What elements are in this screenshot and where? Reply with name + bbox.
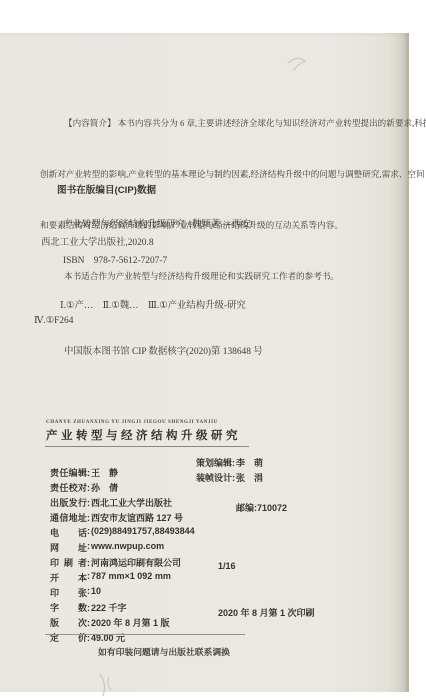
cip-title-line: 产业转型与经济结构升级研究 / 魏颖著.—西安:: [63, 216, 253, 230]
cip-heading: 图书在版编目(CIP)数据: [57, 182, 156, 196]
colophon-row: 责任校对:孙 倩 装帧设计:张 涓: [45, 471, 118, 486]
summary-line: 本书适合作为产业转型与经济结构升级理论和实践研究工作者的参考书。: [40, 268, 396, 285]
colophon-row: 印 刷 者:河南鸿运印刷有限公司: [45, 546, 181, 561]
colophon-label2: 策划编辑: [196, 458, 232, 468]
isbn-line: ISBN 978-7-5612-7207-7: [63, 252, 167, 266]
colophon-row: 开 本:787 mm×1 092 mm 1/16: [45, 561, 171, 576]
colophon-row: 通信地址:西安市友谊西路 127 号 邮编:710072: [45, 501, 183, 516]
colophon-value2: 张 涓: [236, 473, 263, 483]
cip-classification-line2: Ⅳ.①F264: [34, 315, 73, 326]
colophon-col2: 策划编辑:李 萌: [196, 456, 263, 469]
cip-registry-line: 中国版本图书馆 CIP 数据核字(2020)第 138648 号: [64, 343, 263, 357]
book-title: 产业转型与经济结构升级研究: [46, 427, 241, 443]
colophon-row: 责任编辑:王 静 策划编辑:李 萌: [45, 456, 118, 471]
footer-note: 如有印装问题请与出版社联系调换: [98, 645, 230, 658]
colophon-value: 787 mm×1 092 mm: [91, 571, 171, 581]
colophon-row: 字 数:222 千字: [45, 591, 127, 606]
colophon-row: 印 张:10: [45, 576, 101, 591]
colophon-value2: 李 萌: [236, 458, 263, 468]
colophon-label2: 装帧设计: [196, 473, 232, 483]
colophon-extra: 1/16: [218, 561, 236, 571]
colophon-col2: 装帧设计:张 涓: [196, 471, 263, 484]
colophon-row: 出版发行:西北工业大学出版社: [45, 486, 172, 501]
summary-line: 【内容简介】 本书内容共分为 6 章,主要讲述经济全球化与知识经济对产业转型提出…: [40, 115, 396, 132]
book-title-pinyin: CHANYE ZHUANXING YU JINGJI JIEGOU SHENGJ…: [46, 420, 218, 425]
cip-classification-line: Ⅰ.①产… Ⅱ.①魏… Ⅲ.①产业结构升级-研究: [60, 297, 246, 311]
title-divider: [45, 446, 249, 447]
colophon-extra: 2020 年 8 月第 1 次印刷: [218, 606, 315, 619]
colophon-row: 电 话:(029)88491757,88493844: [45, 516, 195, 531]
colophon-label: 定 价: [50, 631, 87, 644]
colophon-extra: 邮编:710072: [236, 501, 287, 514]
summary-line: 创新对产业转型的影响,产业转型的基本理论与制约因素,经济结构升级中的问题与调整研…: [40, 166, 396, 183]
colophon-divider: [45, 634, 245, 635]
colophon-row: 版 次:2020 年 8 月第 1 版 2020 年 8 月第 1 次印刷: [45, 606, 170, 621]
cip-publisher-line: 西北工业大学出版社,2020.8: [41, 234, 154, 248]
colophon-row: 网 址:www.nwpup.com: [45, 531, 164, 546]
